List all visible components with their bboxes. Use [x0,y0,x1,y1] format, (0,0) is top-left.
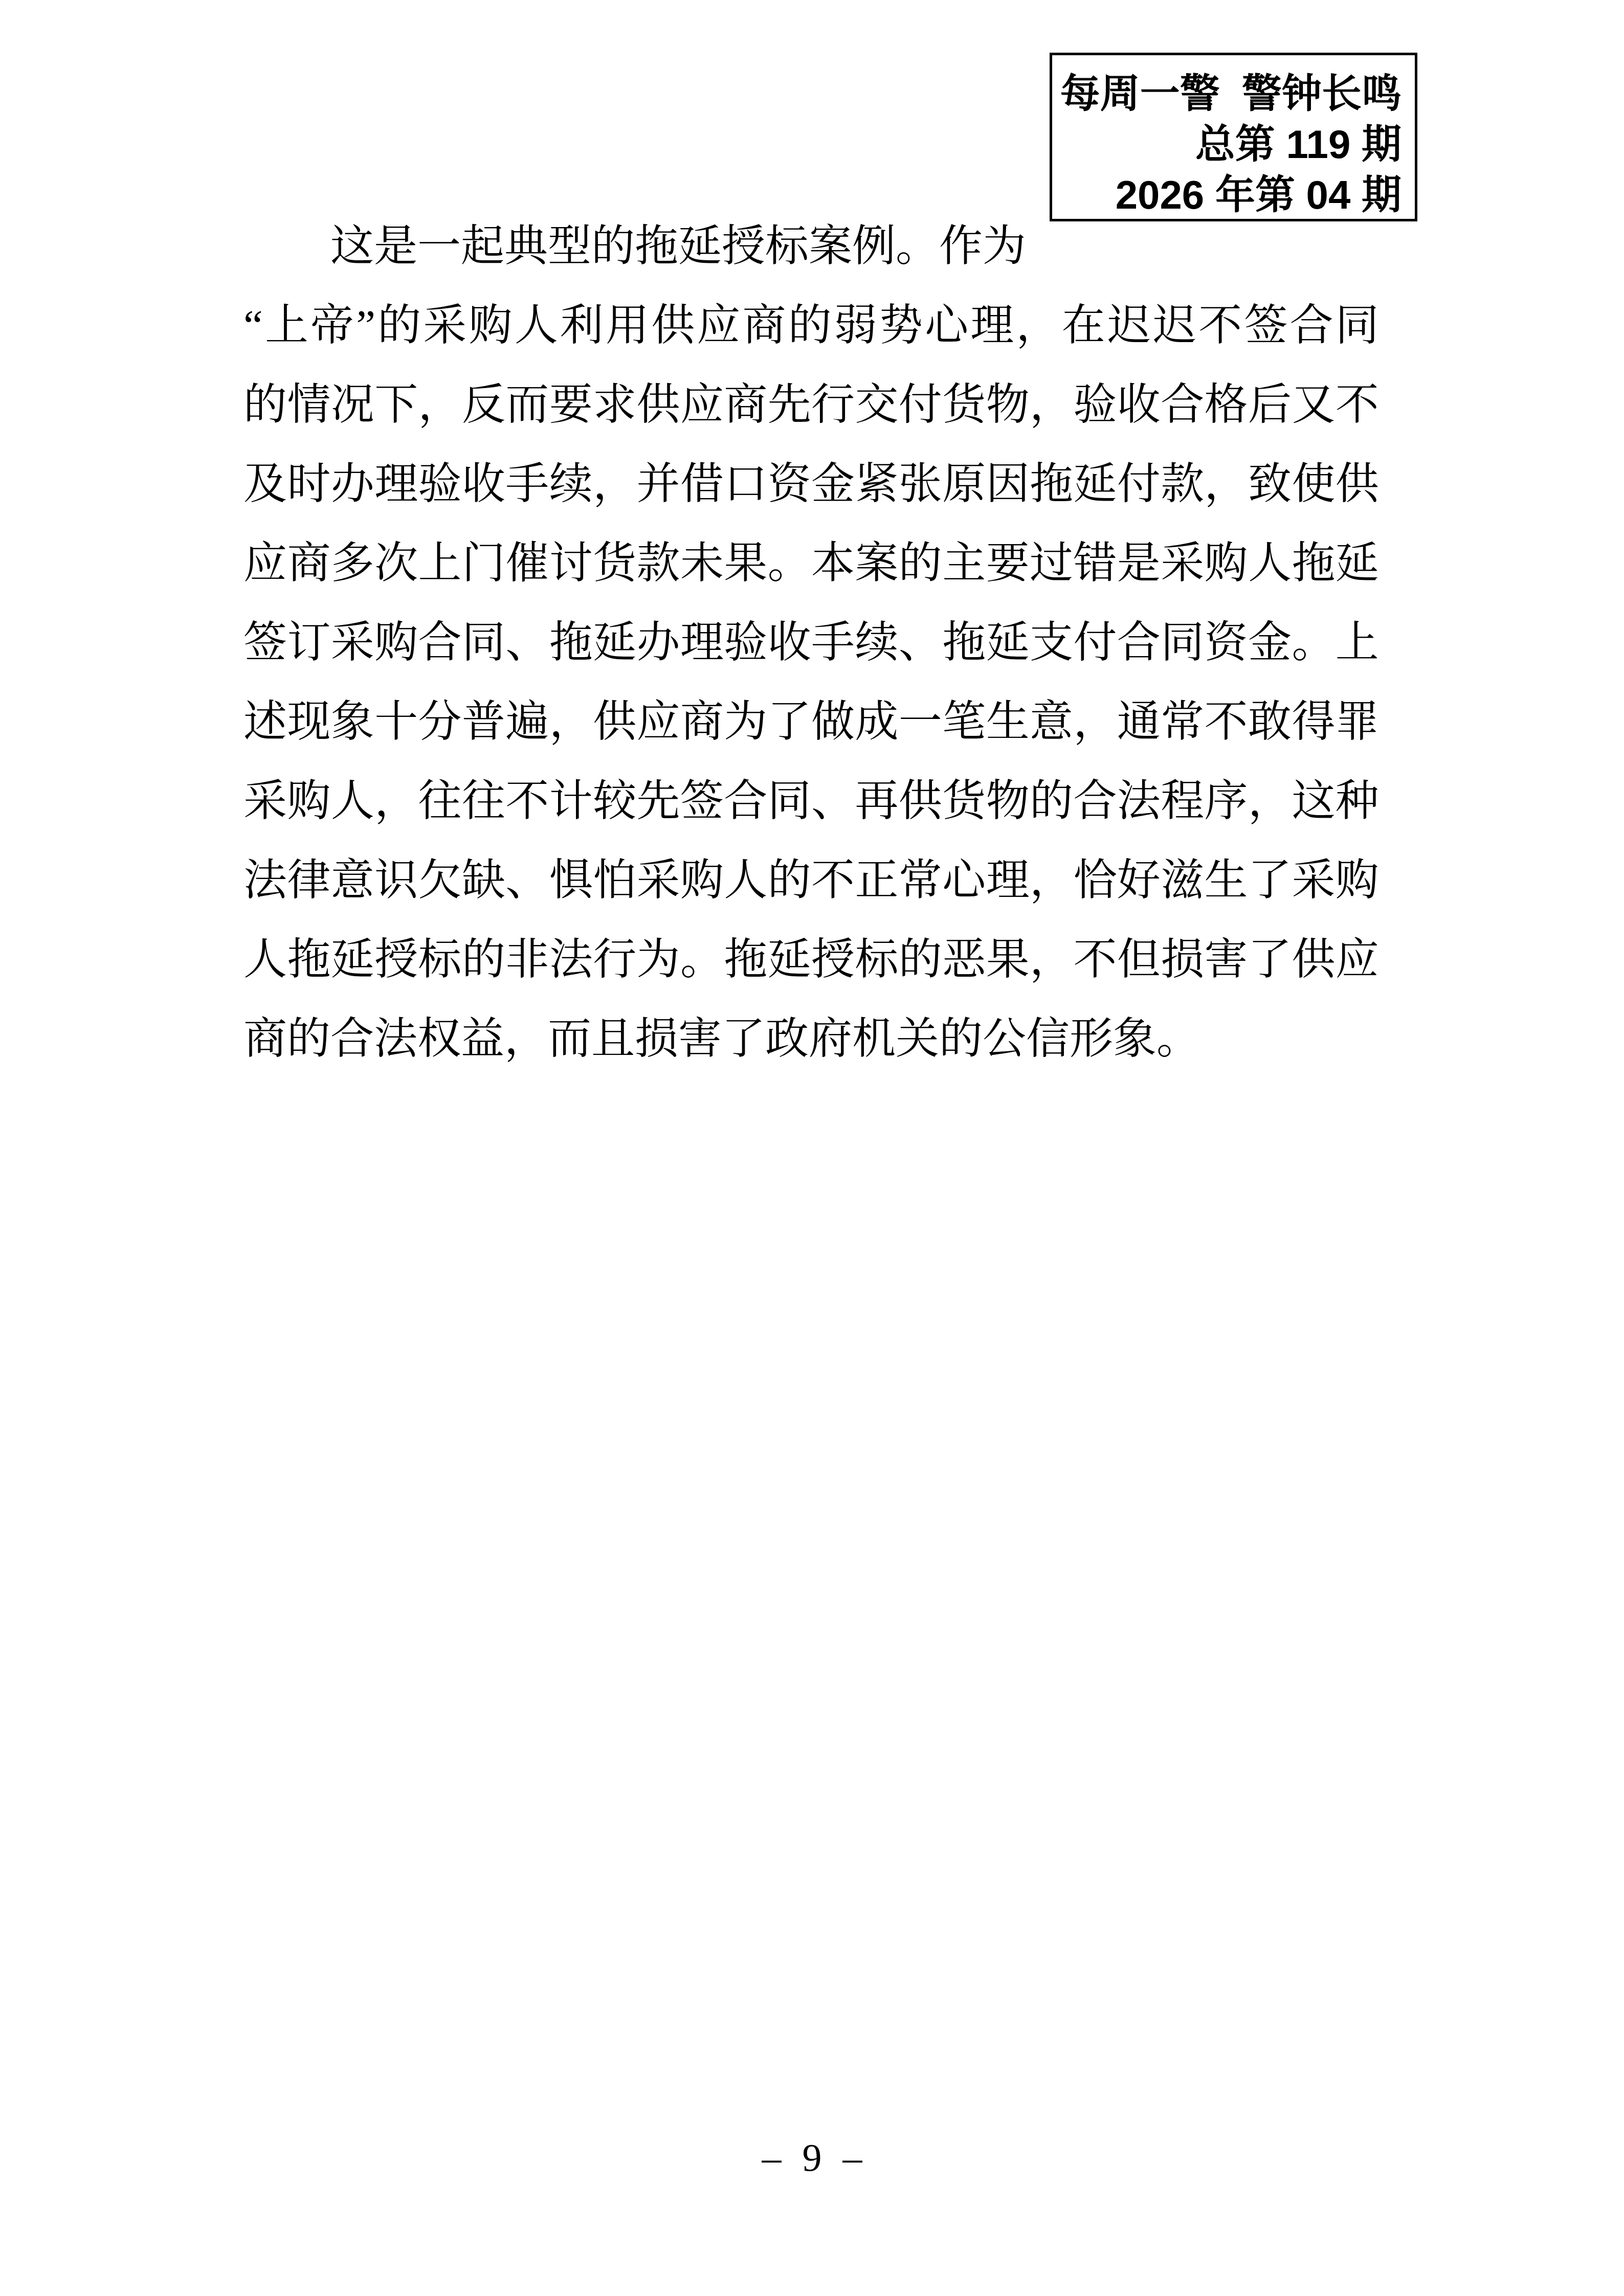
document-page: 每周一警 警钟长鸣 总第 119 期 2026 年第 04 期 这是一起典型的拖… [0,0,1624,2296]
paragraph-line: 法律意识欠缺、惧怕采购人的不正常心理，恰好滋生了采购 [243,841,1379,920]
paragraph-line: 人拖延授标的非法行为。拖延授标的恶果，不但损害了供应 [243,920,1379,1000]
paragraph-line: 述现象十分普遍，供应商为了做成一笔生意，通常不敢得罪 [243,683,1379,762]
paragraph-line: 商的合法权益，而且损害了政府机关的公信形象。 [243,1000,1379,1079]
body-paragraph: 这是一起典型的拖延授标案例。作为 “上帝”的采购人利用供应商的弱势心理，在迟迟不… [243,207,1379,1079]
bulletin-title: 每周一警 警钟长鸣 [1058,69,1401,119]
paragraph-line: 应商多次上门催讨货款未果。本案的主要过错是采购人拖延 [243,524,1379,603]
paragraph-line: 签订采购合同、拖延办理验收手续、拖延支付合同资金。上 [243,603,1379,683]
paragraph-line: “上帝”的采购人利用供应商的弱势心理，在迟迟不签合同 [243,286,1379,366]
page-number: – 9 – [0,2135,1624,2180]
paragraph-line: 的情况下，反而要求供应商先行交付货物，验收合格后又不 [243,366,1379,445]
paragraph-line: 采购人，往往不计较先签合同、再供货物的合法程序，这种 [243,762,1379,841]
issue-info-box: 每周一警 警钟长鸣 总第 119 期 2026 年第 04 期 [1050,53,1417,221]
paragraph-line: 这是一起典型的拖延授标案例。作为 [243,207,1379,286]
paragraph-line: 及时办理验收手续，并借口资金紧张原因拖延付款，致使供 [243,445,1379,524]
issue-total-number: 总第 119 期 [1058,119,1401,170]
